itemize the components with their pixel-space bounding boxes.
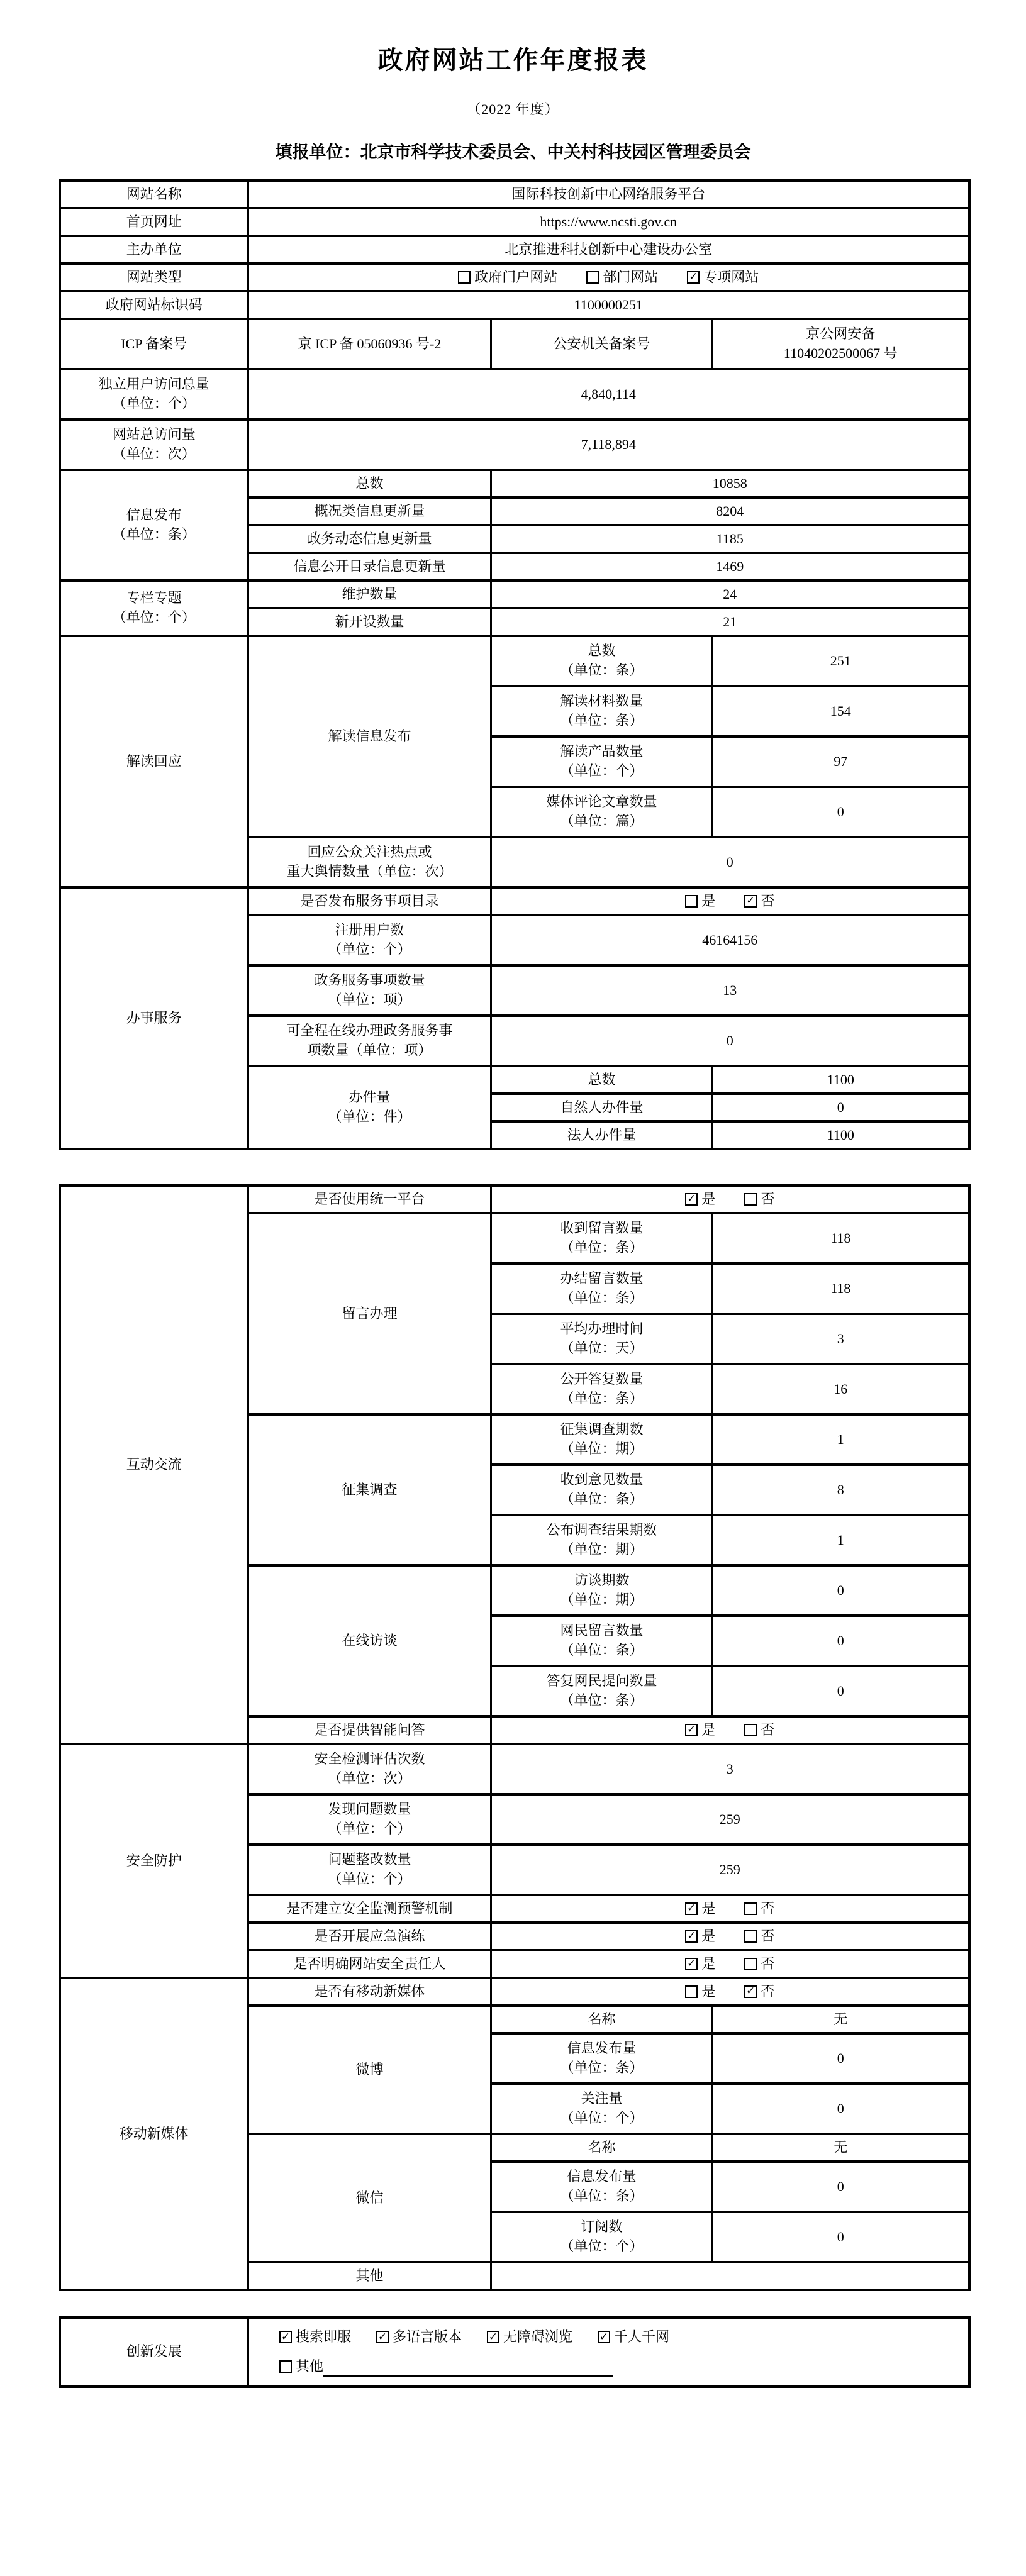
message-row-value: 118 [713, 1263, 969, 1314]
message-row-name: 办结留言数量 （单位：条） [491, 1263, 713, 1314]
table-row: 网站名称 国际科技创新中心网络服务平台 [60, 180, 969, 208]
unit-text: （单位：个） [67, 394, 242, 414]
table-row: 移动新媒体 是否有移动新媒体 是 ✓否 [60, 1978, 969, 2006]
security-detect-value: 3 [491, 1744, 969, 1794]
icp-label: ICP 备案号 [60, 319, 248, 369]
basic-info-table: 网站名称 国际科技创新中心网络服务平台 首页网址 https://www.ncs… [59, 179, 971, 1150]
info-publish-row-name: 概况类信息更新量 [248, 497, 491, 525]
icp-value: 京 ICP 备 05060936 号-2 [248, 319, 491, 369]
police-record-value: 京公网安备 11040202500067 号 [713, 319, 969, 369]
label-text: 政务服务事项数量 [314, 972, 425, 988]
info-publish-row-value: 1185 [491, 525, 969, 553]
unit-text: （单位：天） [498, 1339, 705, 1358]
police-record-line2: 11040202500067 号 [720, 344, 962, 364]
message-row-name: 公开答复数量 （单位：条） [491, 1364, 713, 1414]
checkbox-icon: ✓ [685, 1724, 698, 1736]
interpretation-row-value: 0 [713, 787, 969, 837]
label-text: 信息发布量 [567, 2168, 636, 2184]
survey-row-value: 1 [713, 1414, 969, 1465]
checkbox-label: 否 [761, 1190, 774, 1209]
wechat-row-value: 0 [713, 2212, 969, 2262]
label-text: 独立用户访问总量 [99, 376, 209, 392]
home-url-label: 首页网址 [60, 208, 248, 236]
unit-text: （单位：条） [498, 711, 705, 731]
label-text: 媒体评论文章数量 [546, 794, 657, 809]
checkbox-icon [744, 1902, 757, 1915]
security-check-label: 是否明确网站安全责任人 [248, 1950, 491, 1978]
checkbox-label: 搜索即服 [296, 2328, 351, 2347]
table-row: 创新发展 ✓搜索即服 ✓多语言版本 ✓无障碍浏览 ✓千人千网 其他 [60, 2318, 969, 2387]
unit-text: （单位：期） [498, 1540, 705, 1560]
new-media-label: 移动新媒体 [60, 1978, 248, 2290]
weibo-row-value: 0 [713, 2084, 969, 2134]
unit-text: （单位：条） [498, 1641, 705, 1660]
survey-row-name: 收到意见数量 （单位：条） [491, 1465, 713, 1515]
checkbox-icon: ✓ [685, 1930, 698, 1943]
special-columns-label: 专栏专题 （单位：个） [60, 580, 248, 636]
sponsor-label: 主办单位 [60, 236, 248, 264]
label-text: 总数 [588, 643, 615, 658]
message-row-value: 118 [713, 1213, 969, 1263]
total-visits-label: 网站总访问量 （单位：次） [60, 419, 248, 470]
unit-text: （单位：篇） [498, 812, 705, 831]
label-text: 信息发布 [126, 507, 182, 523]
weibo-row-name: 关注量 （单位：个） [491, 2084, 713, 2134]
message-row-name: 收到留言数量 （单位：条） [491, 1213, 713, 1263]
security-detect-label: 安全检测评估次数 （单位：次） [248, 1744, 491, 1794]
page-title: 政府网站工作年度报表 [59, 40, 968, 76]
has-new-media-label: 是否有移动新媒体 [248, 1978, 491, 2006]
checkbox-label: 是 [701, 1955, 715, 1974]
checkbox-special-site: ✓专项网站 [687, 268, 759, 287]
checkbox-label: 是 [701, 892, 715, 911]
total-visits-value: 7,118,894 [248, 419, 969, 470]
label-text: 可全程在线办理政务服务事 [255, 1021, 484, 1041]
label-text: 安全检测评估次数 [314, 1751, 425, 1767]
table-row: 首页网址 https://www.ncsti.gov.cn [60, 208, 969, 236]
checkbox-icon: ✓ [687, 271, 700, 284]
wechat-row-value: 0 [713, 2162, 969, 2212]
weibo-row-value: 0 [713, 2033, 969, 2084]
checkbox-label: 多语言版本 [393, 2328, 462, 2347]
checkbox-gov-portal-site: 政府门户网站 [458, 268, 557, 287]
checkbox-no: ✓否 [744, 892, 774, 911]
site-type-value: 政府门户网站 部门网站 ✓专项网站 [248, 264, 969, 291]
checkbox-yes: ✓是 [685, 1721, 715, 1740]
checkbox-icon [685, 895, 698, 908]
label-text: 回应公众关注热点或 [255, 843, 484, 862]
wechat-label: 微信 [248, 2134, 491, 2262]
security-check-label: 是否建立安全监测预警机制 [248, 1895, 491, 1923]
checkbox-no: 否 [744, 1927, 774, 1946]
checkbox-label: 千人千网 [614, 2328, 669, 2347]
checkbox-icon: ✓ [487, 2331, 499, 2343]
interaction-table: 互动交流 是否使用统一平台 ✓是 否 留言办理 收到留言数量 （单位：条） 11… [59, 1184, 971, 2291]
label-text: 发现问题数量 [328, 1801, 411, 1817]
unit-text: （单位：条） [498, 1238, 705, 1258]
interview-row-value: 0 [713, 1616, 969, 1666]
cases-row-value: 1100 [713, 1121, 969, 1149]
message-row-value: 16 [713, 1364, 969, 1414]
table-row: 独立用户访问总量 （单位：个） 4,840,114 [60, 369, 969, 419]
checkbox-label: 部门网站 [603, 268, 658, 287]
has-new-media-value: 是 ✓否 [491, 1978, 969, 2006]
label-text: 网站总访问量 [113, 426, 196, 442]
label-text: 重大舆情数量（单位：次） [255, 862, 484, 882]
unit-text: （单位：条） [498, 1289, 705, 1308]
survey-row-name: 征集调查期数 （单位：期） [491, 1414, 713, 1465]
label-text: 问题整改数量 [328, 1851, 411, 1867]
interview-row-name: 访谈期数 （单位：期） [491, 1565, 713, 1616]
checkbox-multilingual: ✓多语言版本 [376, 2328, 462, 2347]
checkbox-icon: ✓ [744, 1985, 757, 1998]
checkbox-icon [685, 1985, 698, 1998]
checkbox-icon [586, 271, 599, 284]
checkbox-label: 否 [761, 1927, 774, 1946]
report-document: 政府网站工作年度报表 （2022 年度） 填报单位：北京市科学技术委员会、中关村… [59, 0, 968, 2388]
unified-platform-value: ✓是 否 [491, 1185, 969, 1213]
services-label: 办事服务 [60, 887, 248, 1149]
label-text: 信息发布量 [567, 2040, 636, 2056]
label-text: 公布调查结果期数 [546, 1522, 657, 1538]
table-row: 信息发布 （单位：条） 总数 10858 [60, 470, 969, 497]
message-row-name: 平均办理时间 （单位：天） [491, 1314, 713, 1364]
interpretation-row-name: 总数 （单位：条） [491, 636, 713, 686]
table-row: 网站类型 政府门户网站 部门网站 ✓专项网站 [60, 264, 969, 291]
unit-text: （单位：个） [255, 940, 484, 960]
label-text: 专栏专题 [126, 590, 182, 606]
site-type-label: 网站类型 [60, 264, 248, 291]
checkbox-accessibility: ✓无障碍浏览 [487, 2328, 572, 2347]
checkbox-icon: ✓ [685, 1193, 698, 1206]
unit-text: （单位：条） [498, 2187, 705, 2206]
checkbox-no: ✓否 [744, 1982, 774, 2002]
service-items-value: 13 [491, 965, 969, 1016]
info-publish-row-value: 8204 [491, 497, 969, 525]
checkbox-label: 否 [761, 1982, 774, 2002]
label-text: 访谈期数 [574, 1572, 629, 1588]
label-text: 平均办理时间 [560, 1321, 643, 1336]
checkbox-icon: ✓ [685, 1958, 698, 1970]
checkbox-icon [744, 1930, 757, 1943]
unit-text: （单位：条） [498, 661, 705, 680]
site-code-value: 1100000251 [248, 291, 969, 319]
checkbox-icon [744, 1193, 757, 1206]
checkbox-label: 是 [701, 1721, 715, 1740]
table-row: 政府网站标识码 1100000251 [60, 291, 969, 319]
site-code-label: 政府网站标识码 [60, 291, 248, 319]
smart-qa-value: ✓是 否 [491, 1716, 969, 1744]
interpretation-row-name: 解读材料数量 （单位：条） [491, 686, 713, 736]
checkbox-label: 否 [761, 1721, 774, 1740]
checkbox-label: 否 [761, 1899, 774, 1919]
interaction-label: 互动交流 [60, 1185, 248, 1744]
checkbox-label: 否 [761, 1955, 774, 1974]
wechat-row-name: 订阅数 （单位：个） [491, 2212, 713, 2262]
special-columns-row-name: 维护数量 [248, 580, 491, 608]
unit-text: （单位：条） [67, 525, 242, 545]
cases-row-value: 1100 [713, 1066, 969, 1094]
interview-row-value: 0 [713, 1666, 969, 1716]
home-url-value: https://www.ncsti.gov.cn [248, 208, 969, 236]
table-row: 专栏专题 （单位：个） 维护数量 24 [60, 580, 969, 608]
table-row: 主办单位 北京推进科技创新中心建设办公室 [60, 236, 969, 264]
checkbox-yes: 是 [685, 1982, 715, 2002]
online-items-value: 0 [491, 1016, 969, 1066]
label-text: 收到留言数量 [560, 1220, 643, 1236]
security-check-value: ✓是 否 [491, 1950, 969, 1978]
checkbox-label: 是 [701, 1927, 715, 1946]
checkbox-icon [458, 271, 471, 284]
cases-row-name: 自然人办件量 [491, 1094, 713, 1121]
security-fixed-label: 问题整改数量 （单位：个） [248, 1845, 491, 1895]
checkbox-no: 否 [744, 1721, 774, 1740]
interview-row-name: 答复网民提问数量 （单位：条） [491, 1666, 713, 1716]
survey-row-value: 8 [713, 1465, 969, 1515]
checkbox-label: 其他 [296, 2357, 323, 2377]
special-columns-row-value: 21 [491, 608, 969, 636]
cases-row-name: 法人办件量 [491, 1121, 713, 1149]
survey-label: 征集调查 [248, 1414, 491, 1565]
page-break-gap [59, 1150, 968, 1168]
checkbox-label: 是 [701, 1190, 715, 1209]
security-label: 安全防护 [60, 1744, 248, 1978]
weibo-row-name: 信息发布量 （单位：条） [491, 2033, 713, 2084]
service-items-label: 政务服务事项数量 （单位：项） [248, 965, 491, 1016]
interpretation-row-name: 解读产品数量 （单位：个） [491, 736, 713, 787]
public-response-label: 回应公众关注热点或 重大舆情数量（单位：次） [248, 837, 491, 887]
table-row: ICP 备案号 京 ICP 备 05060936 号-2 公安机关备案号 京公网… [60, 319, 969, 369]
label-text: 解读产品数量 [560, 743, 643, 759]
label-text: 公开答复数量 [560, 1371, 643, 1387]
page-break-gap [59, 2291, 968, 2316]
interpretation-row-value: 251 [713, 636, 969, 686]
label-text: 网民留言数量 [560, 1623, 643, 1638]
cases-label: 办件量 （单位：件） [248, 1066, 491, 1149]
checkbox-personalized-web: ✓千人千网 [598, 2328, 669, 2347]
label-text: 收到意见数量 [560, 1472, 643, 1487]
innovation-value: ✓搜索即服 ✓多语言版本 ✓无障碍浏览 ✓千人千网 其他 [248, 2318, 969, 2387]
interview-label: 在线访谈 [248, 1565, 491, 1716]
checkbox-yes: ✓是 [685, 1927, 715, 1946]
registered-users-value: 46164156 [491, 915, 969, 965]
other-media-value [491, 2262, 969, 2290]
label-text: 关注量 [581, 2090, 622, 2106]
checkbox-label: 否 [761, 892, 774, 911]
weibo-row-value: 无 [713, 2006, 969, 2033]
label-text: 征集调查期数 [560, 1421, 643, 1437]
checkbox-search-service: ✓搜索即服 [279, 2328, 351, 2347]
info-publish-row-name: 政务动态信息更新量 [248, 525, 491, 553]
label-text: 注册用户数 [335, 922, 404, 938]
security-found-label: 发现问题数量 （单位：个） [248, 1794, 491, 1845]
info-publish-label: 信息发布 （单位：条） [60, 470, 248, 580]
table-row: 互动交流 是否使用统一平台 ✓是 否 [60, 1185, 969, 1213]
checkbox-department-site: 部门网站 [586, 268, 658, 287]
interpretation-publish-label: 解读信息发布 [248, 636, 491, 837]
unit-text: （单位：件） [255, 1108, 484, 1127]
site-name-value: 国际科技创新中心网络服务平台 [248, 180, 969, 208]
checkbox-yes: ✓是 [685, 1899, 715, 1919]
interpretation-row-value: 154 [713, 686, 969, 736]
message-handling-label: 留言办理 [248, 1213, 491, 1414]
unit-text: （单位：条） [498, 2058, 705, 2078]
survey-row-name: 公布调查结果期数 （单位：期） [491, 1515, 713, 1565]
checkbox-yes: 是 [685, 892, 715, 911]
weibo-label: 微博 [248, 2006, 491, 2134]
wechat-row-value: 无 [713, 2134, 969, 2162]
checkbox-no: 否 [744, 1955, 774, 1974]
wechat-row-name: 信息发布量 （单位：条） [491, 2162, 713, 2212]
checkbox-label: 专项网站 [703, 268, 759, 287]
unit-text: （单位：个） [498, 2237, 705, 2257]
checkbox-label: 是 [701, 1982, 715, 2002]
label-text: 解读材料数量 [560, 693, 643, 709]
info-publish-row-value: 10858 [491, 470, 969, 497]
blank-underline [323, 2363, 613, 2377]
report-year: （2022 年度） [59, 99, 968, 118]
checkbox-no: 否 [744, 1190, 774, 1209]
label-text: 订阅数 [581, 2219, 622, 2235]
unit-text: （单位：条） [498, 1691, 705, 1711]
unit-text: （单位：条） [498, 1490, 705, 1509]
site-name-label: 网站名称 [60, 180, 248, 208]
service-catalog-label: 是否发布服务事项目录 [248, 887, 491, 915]
registered-users-label: 注册用户数 （单位：个） [248, 915, 491, 965]
innovation-table: 创新发展 ✓搜索即服 ✓多语言版本 ✓无障碍浏览 ✓千人千网 其他 [59, 2316, 971, 2388]
checkbox-label: 无障碍浏览 [503, 2328, 572, 2347]
unit-text: （单位：个） [498, 762, 705, 781]
unit-text: （单位：期） [498, 1440, 705, 1459]
sponsor-value: 北京推进科技创新中心建设办公室 [248, 236, 969, 264]
message-row-value: 3 [713, 1314, 969, 1364]
info-publish-row-name: 信息公开目录信息更新量 [248, 553, 491, 580]
police-record-label: 公安机关备案号 [491, 319, 713, 369]
table-row: 网站总访问量 （单位：次） 7,118,894 [60, 419, 969, 470]
interpretation-row-name: 媒体评论文章数量 （单位：篇） [491, 787, 713, 837]
checkbox-icon: ✓ [685, 1902, 698, 1915]
security-check-value: ✓是 否 [491, 1895, 969, 1923]
interview-row-name: 网民留言数量 （单位：条） [491, 1616, 713, 1666]
unit-text: （单位：个） [498, 2109, 705, 2128]
online-items-label: 可全程在线办理政务服务事 项数量（单位：项） [248, 1016, 491, 1066]
unit-text: （单位：次） [255, 1769, 484, 1789]
survey-row-value: 1 [713, 1515, 969, 1565]
checkbox-icon [744, 1724, 757, 1736]
cases-row-value: 0 [713, 1094, 969, 1121]
public-response-value: 0 [491, 837, 969, 887]
innovation-label: 创新发展 [60, 2318, 248, 2387]
checkbox-icon: ✓ [279, 2331, 292, 2343]
unit-text: （单位：个） [67, 608, 242, 628]
checkbox-icon [744, 1958, 757, 1970]
info-publish-row-name: 总数 [248, 470, 491, 497]
cases-row-name: 总数 [491, 1066, 713, 1094]
checkbox-icon: ✓ [598, 2331, 610, 2343]
wechat-row-name: 名称 [491, 2134, 713, 2162]
unique-visitors-value: 4,840,114 [248, 369, 969, 419]
unit-text: （单位：个） [255, 1819, 484, 1839]
label-text: 项数量（单位：项） [255, 1041, 484, 1060]
table-row: 办事服务 是否发布服务事项目录 是 ✓否 [60, 887, 969, 915]
interview-row-value: 0 [713, 1565, 969, 1616]
table-row: 安全防护 安全检测评估次数 （单位：次） 3 [60, 1744, 969, 1794]
checkbox-label: 政府门户网站 [474, 268, 557, 287]
checkbox-yes: ✓是 [685, 1955, 715, 1974]
unified-platform-label: 是否使用统一平台 [248, 1185, 491, 1213]
table-row: 解读回应 解读信息发布 总数 （单位：条） 251 [60, 636, 969, 686]
checkbox-icon [279, 2360, 292, 2373]
checkbox-label: 是 [701, 1899, 715, 1919]
security-fixed-value: 259 [491, 1845, 969, 1895]
other-media-label: 其他 [248, 2262, 491, 2290]
unique-visitors-label: 独立用户访问总量 （单位：个） [60, 369, 248, 419]
weibo-row-name: 名称 [491, 2006, 713, 2033]
police-record-line1: 京公网安备 [720, 325, 962, 344]
label-text: 答复网民提问数量 [546, 1673, 657, 1689]
info-publish-row-value: 1469 [491, 553, 969, 580]
special-columns-row-value: 24 [491, 580, 969, 608]
smart-qa-label: 是否提供智能问答 [248, 1716, 491, 1744]
unit-text: （单位：项） [255, 991, 484, 1010]
security-check-value: ✓是 否 [491, 1923, 969, 1950]
label-text: 办件量 [349, 1089, 390, 1105]
checkbox-yes: ✓是 [685, 1190, 715, 1209]
interpretation-row-value: 97 [713, 736, 969, 787]
checkbox-no: 否 [744, 1899, 774, 1919]
checkbox-icon: ✓ [744, 895, 757, 908]
special-columns-row-name: 新开设数量 [248, 608, 491, 636]
interpretation-label: 解读回应 [60, 636, 248, 887]
checkbox-other: 其他 [279, 2357, 323, 2377]
security-check-label: 是否开展应急演练 [248, 1923, 491, 1950]
service-catalog-value: 是 ✓否 [491, 887, 969, 915]
unit-text: （单位：条） [498, 1389, 705, 1409]
reporting-unit: 填报单位：北京市科学技术委员会、中关村科技园区管理委员会 [59, 138, 968, 163]
unit-text: （单位：个） [255, 1870, 484, 1889]
label-text: 办结留言数量 [560, 1270, 643, 1286]
unit-text: （单位：期） [498, 1591, 705, 1610]
checkbox-icon: ✓ [376, 2331, 389, 2343]
security-found-value: 259 [491, 1794, 969, 1845]
unit-text: （单位：次） [67, 445, 242, 464]
